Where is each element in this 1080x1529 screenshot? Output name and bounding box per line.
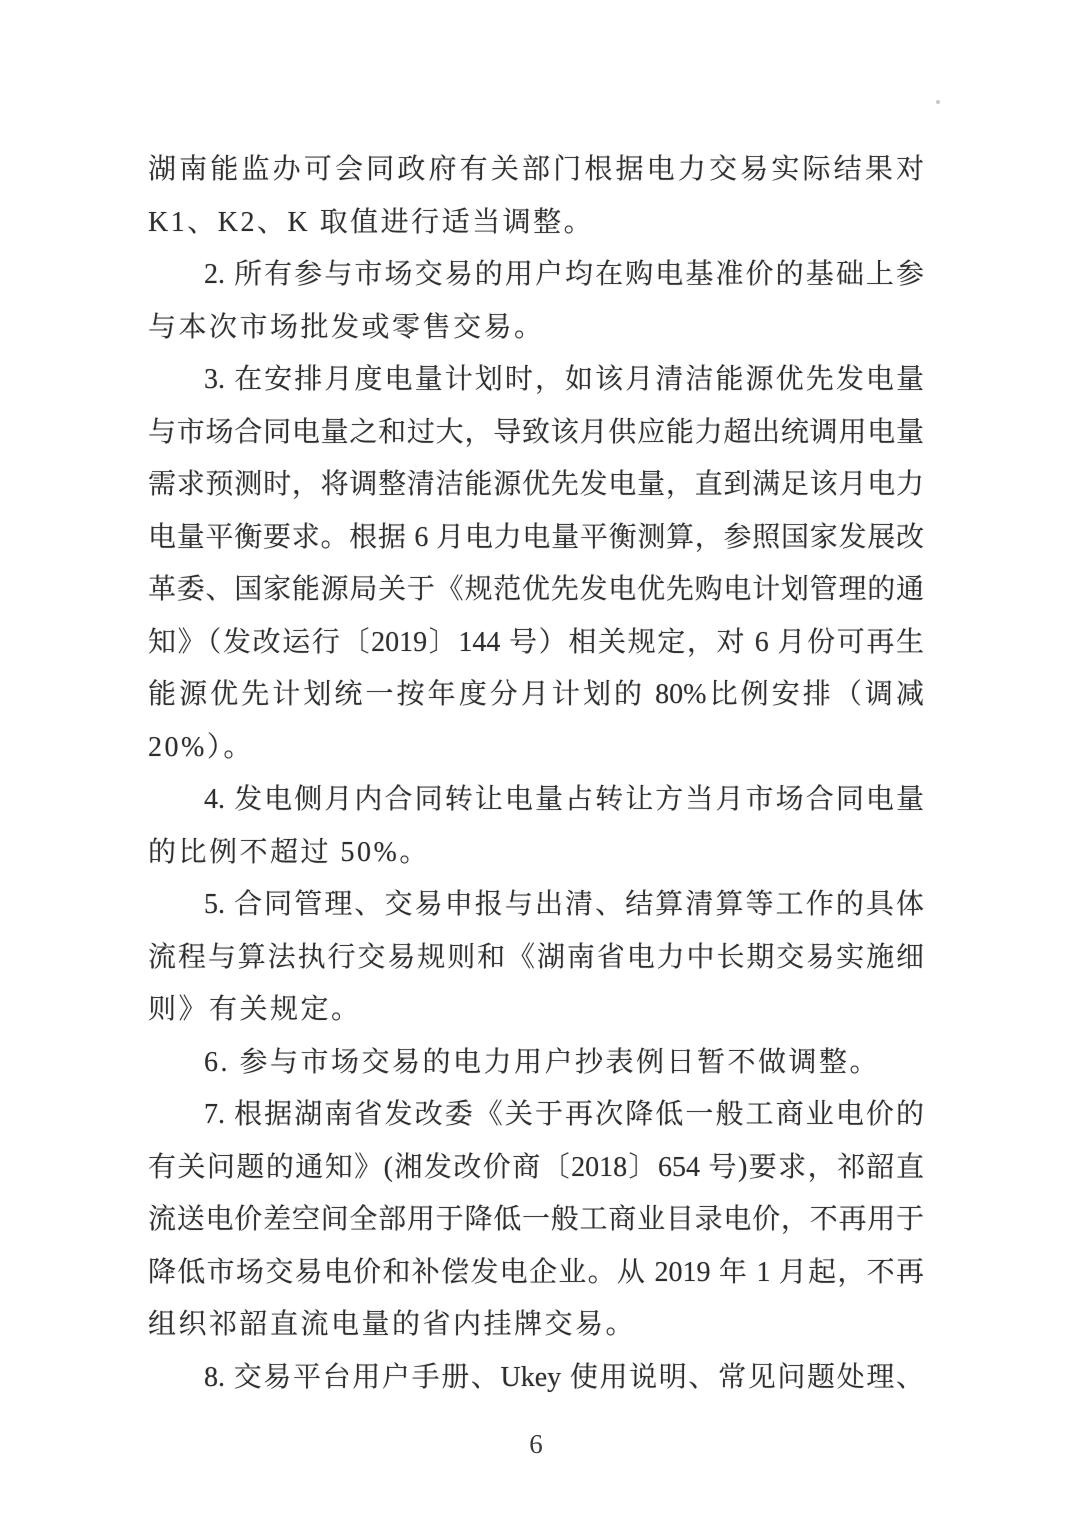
text-line: 知》（发改运行〔2019〕144 号）相关规定，对 6 月份可再生 (148, 617, 924, 670)
text-line: 组织祁韶直流电量的省内挂牌交易。 (148, 1299, 924, 1352)
text-line: 有关问题的通知》(湘发改价商〔2018〕654 号)要求，祁韶直 (148, 1142, 924, 1195)
scanned-document-page: 湖南能监办可会同政府有关部门根据电力交易实际结果对 K1、K2、K 取值进行适当… (0, 0, 1080, 1529)
text-line: 6. 参与市场交易的电力用户抄表例日暂不做调整。 (148, 1037, 924, 1090)
text-line: 则》有关规定。 (148, 984, 924, 1037)
text-line: 20%）。 (148, 722, 924, 775)
text-line: 7. 根据湖南省发改委《关于再次降低一般工商业电价的 (148, 1089, 924, 1142)
text-line: 4. 发电侧月内合同转让电量占转让方当月市场合同电量 (148, 774, 924, 827)
text-line: 能源优先计划统一按年度分月计划的 80%比例安排（调减 (148, 669, 924, 722)
text-line: 流程与算法执行交易规则和《湖南省电力中长期交易实施细 (148, 932, 924, 985)
text-line: 的比例不超过 50%。 (148, 827, 924, 880)
text-line: 流送电价差空间全部用于降低一般工商业目录电价，不再用于 (148, 1194, 924, 1247)
text-line: 8. 交易平台用户手册、Ukey 使用说明、常见问题处理、 (148, 1352, 924, 1405)
text-line: 5. 合同管理、交易申报与出清、结算清算等工作的具体 (148, 879, 924, 932)
text-line: 3. 在安排月度电量计划时，如该月清洁能源优先发电量 (148, 354, 924, 407)
text-line: 革委、国家能源局关于《规范优先发电优先购电计划管理的通 (148, 564, 924, 617)
text-line: 2. 所有参与市场交易的用户均在购电基准价的基础上参 (148, 249, 924, 302)
scan-artifact-dot (936, 100, 940, 104)
document-text-block: 湖南能监办可会同政府有关部门根据电力交易实际结果对 K1、K2、K 取值进行适当… (148, 144, 924, 1404)
text-line: 与本次市场批发或零售交易。 (148, 302, 924, 355)
text-line: 湖南能监办可会同政府有关部门根据电力交易实际结果对 (148, 144, 924, 197)
text-line: K1、K2、K 取值进行适当调整。 (148, 197, 924, 250)
page-number: 6 (148, 1424, 924, 1464)
text-line: 电量平衡要求。根据 6 月电力电量平衡测算，参照国家发展改 (148, 512, 924, 565)
text-line: 降低市场交易电价和补偿发电企业。从 2019 年 1 月起，不再 (148, 1247, 924, 1300)
text-line: 与市场合同电量之和过大，导致该月供应能力超出统调用电量 (148, 407, 924, 460)
text-line: 需求预测时，将调整清洁能源优先发电量，直到满足该月电力 (148, 459, 924, 512)
